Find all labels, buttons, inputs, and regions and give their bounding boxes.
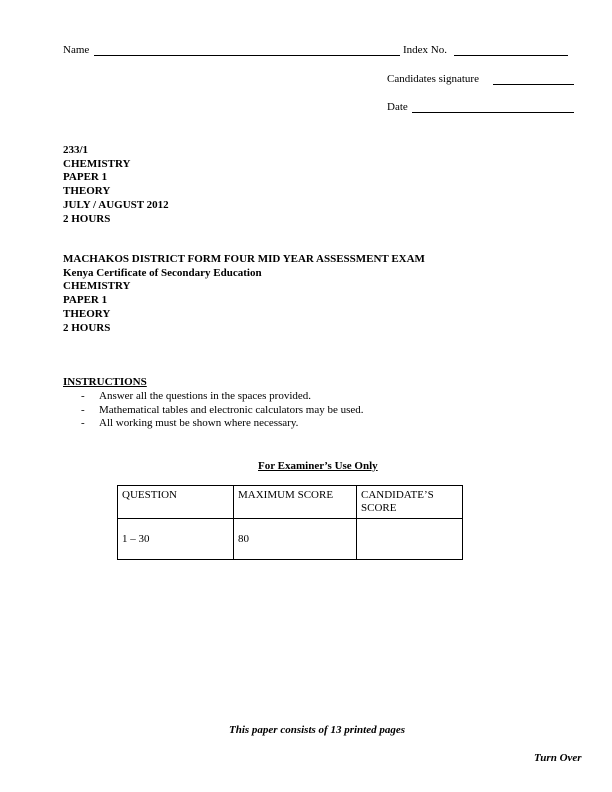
- signature-field[interactable]: [493, 84, 574, 85]
- paper-date: JULY / AUGUST 2012: [63, 199, 169, 213]
- instruction-item: - All working must be shown where necess…: [81, 417, 364, 431]
- pages-note: This paper consists of 13 printed pages: [229, 724, 405, 736]
- bullet-dash: -: [81, 404, 99, 418]
- cell-max-score: 80: [234, 519, 357, 560]
- exam-info: MACHAKOS DISTRICT FORM FOUR MID YEAR ASS…: [63, 253, 425, 335]
- bullet-dash: -: [81, 417, 99, 431]
- bullet-dash: -: [81, 390, 99, 404]
- exam-certificate: Kenya Certificate of Secondary Education: [63, 267, 425, 281]
- name-field[interactable]: [94, 55, 400, 56]
- exam-subject: CHEMISTRY: [63, 280, 425, 294]
- name-label: Name: [63, 44, 89, 57]
- instructions-list: - Answer all the questions in the spaces…: [81, 390, 364, 431]
- table-row: 1 – 30 80: [118, 519, 463, 560]
- date-field[interactable]: [412, 112, 574, 113]
- examiner-title: For Examiner’s Use Only: [258, 460, 378, 472]
- instructions-title: INSTRUCTIONS: [63, 376, 147, 388]
- paper-code: 233/1: [63, 144, 169, 158]
- paper-type: THEORY: [63, 185, 169, 199]
- cell-question: 1 – 30: [118, 519, 234, 560]
- header-question: QUESTION: [118, 486, 234, 519]
- paper-duration: 2 HOURS: [63, 213, 169, 227]
- header-max-score: MAXIMUM SCORE: [234, 486, 357, 519]
- paper-subject: CHEMISTRY: [63, 158, 169, 172]
- paper-number: PAPER 1: [63, 171, 169, 185]
- signature-label: Candidates signature: [387, 73, 479, 86]
- examiner-score-table: QUESTION MAXIMUM SCORE CANDIDATE’S SCORE…: [117, 485, 463, 560]
- date-label: Date: [387, 101, 408, 114]
- exam-duration: 2 HOURS: [63, 322, 425, 336]
- index-field[interactable]: [454, 55, 568, 56]
- instruction-item: - Answer all the questions in the spaces…: [81, 390, 364, 404]
- exam-paper: PAPER 1: [63, 294, 425, 308]
- table-header-row: QUESTION MAXIMUM SCORE CANDIDATE’S SCORE: [118, 486, 463, 519]
- exam-title: MACHAKOS DISTRICT FORM FOUR MID YEAR ASS…: [63, 253, 425, 267]
- cell-candidate-score[interactable]: [357, 519, 463, 560]
- turn-over: Turn Over: [534, 752, 582, 764]
- header-candidate-score: CANDIDATE’S SCORE: [357, 486, 463, 519]
- instruction-item: - Mathematical tables and electronic cal…: [81, 404, 364, 418]
- paper-info: 233/1 CHEMISTRY PAPER 1 THEORY JULY / AU…: [63, 144, 169, 226]
- index-label: Index No.: [403, 44, 447, 57]
- exam-type: THEORY: [63, 308, 425, 322]
